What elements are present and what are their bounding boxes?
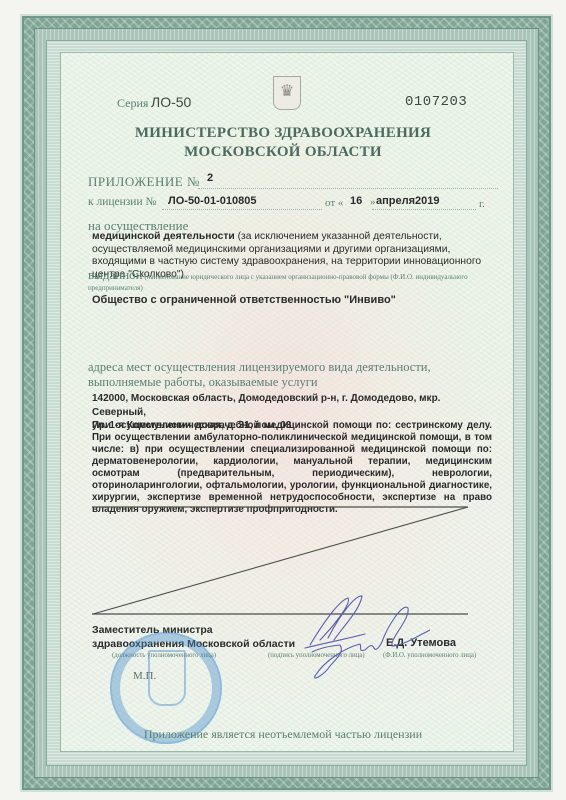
blank-space-z-line: [0, 0, 566, 800]
stamp-place-label: М.П.: [133, 670, 156, 682]
handwritten-signature-icon: [290, 590, 430, 680]
footer-note: Приложение является неотъемлемой частью …: [0, 727, 566, 742]
signatory-role-line1: Заместитель министра: [92, 623, 295, 637]
license-appendix-sheet: Серия ЛО-50 ♛ 0107203 МИНИСТЕРСТВО ЗДРАВ…: [0, 0, 566, 800]
document-content: Серия ЛО-50 ♛ 0107203 МИНИСТЕРСТВО ЗДРАВ…: [0, 0, 566, 800]
